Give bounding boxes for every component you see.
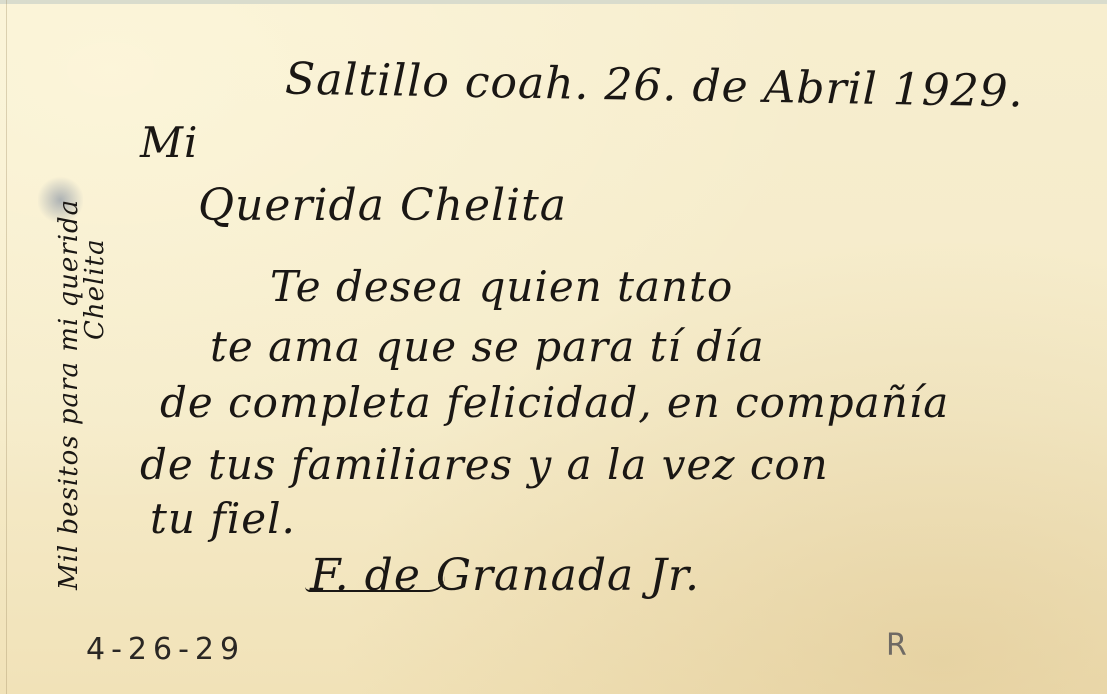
margin-fold-line bbox=[6, 0, 7, 694]
archive-date: 4-26-29 bbox=[86, 632, 245, 667]
body-line-4: de tus familiares y a la vez con bbox=[140, 440, 829, 489]
body-line-5: tu fiel. bbox=[150, 494, 296, 543]
dateline: Saltillo coah. 26. de Abril 1929. bbox=[285, 54, 1024, 118]
archive-mark: R bbox=[886, 628, 907, 663]
body-line-1: Te desea quien tanto bbox=[270, 262, 733, 311]
salutation-name: Querida Chelita bbox=[198, 180, 567, 231]
body-line-2: te ama que se para tí día bbox=[210, 322, 765, 371]
postcard: Saltillo coah. 26. de Abril 1929. Mi Que… bbox=[0, 0, 1107, 694]
signature: F. de Granada Jr. bbox=[310, 550, 700, 601]
margin-note-line-2: Chelita bbox=[80, 199, 110, 590]
margin-note: Mil besitos para mi querida Chelita bbox=[54, 199, 110, 590]
body-line-3: de completa felicidad, en compañía bbox=[160, 378, 949, 427]
salutation-mi: Mi bbox=[140, 118, 198, 167]
